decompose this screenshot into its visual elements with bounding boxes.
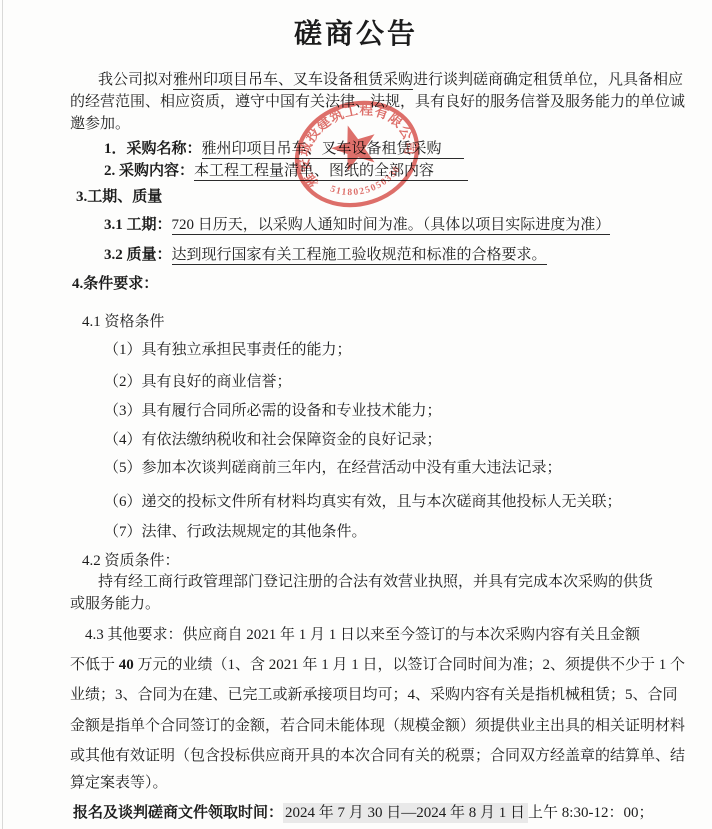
condition-4: （4）有依法缴纳税收和社会保障资金的良好记录；: [104, 430, 442, 451]
section43-line4: 金额是指单个合同签订的金额，若合同未能体现（规模金额）须提供业主出具的相关证明材…: [70, 716, 685, 737]
section43-line5: 或其他有效证明（包含投标供应商开具的本次合同有关的税票；合同双方经盖章的结算单、…: [70, 746, 685, 767]
intro-paragraph-line2: 的经营范围、相应资质，遵守中国有关法律、法规，具有良好的服务信誉及服务能力的单位…: [70, 92, 685, 113]
item31-value: 720 日历天，以采购人通知时间为准。（具体以项目实际进度为准）: [172, 217, 611, 235]
registration-date-range-highlighted: 2024 年 7 月 30 日—2024 年 8 月 1 日: [283, 803, 528, 823]
section43-line6: 算定案表等）。: [70, 773, 168, 794]
scanned-document-page: 磋商公告 我公司拟对雅州印项目吊车、叉车设备租赁采购进行谈判磋商确定租赁单位，凡…: [0, 0, 712, 829]
section43-line3: 业绩；3、合同为在建、已完工或新承接项目均可；4、采购内容有关是指机械租赁；5、…: [70, 685, 678, 706]
condition-2: （2）具有良好的商业信誉；: [104, 372, 292, 393]
section42-line2: 或服务能力。: [70, 594, 160, 615]
qualification-heading: 4.1 资格条件: [82, 312, 165, 333]
registration-time-label: 报名及谈判磋商文件领取时间：: [73, 805, 283, 821]
section42-heading: 4.2 资质条件：: [82, 551, 180, 572]
section43-line1: 4.3 其他要求：供应商自 2021 年 1 月 1 日以来至今签订的与本次采购…: [85, 625, 640, 646]
intro-text-post: 进行谈判磋商确定租赁单位，凡具备相应: [413, 72, 683, 88]
registration-time-suffix: 上午 8:30-12：00；: [528, 805, 653, 821]
item-quality: 3.2 质量：达到现行国家有关工程施工验收规范和标准的合格要求。: [104, 245, 547, 266]
s43-l2-post: 万元的业绩（1、含 2021 年 1 月 1 日，以签订合同时间为准；2、须提供…: [134, 657, 685, 673]
s43-l2-amount: 40: [119, 657, 134, 673]
intro-paragraph-line3: 邀参加。: [70, 114, 130, 135]
condition-7: （7）法律、行政法规规定的其他条件。: [104, 522, 367, 543]
item-procurement-content: 2. 采购内容：本工程工程量清单、图纸的全部内容: [104, 161, 468, 182]
condition-3: （3）具有履行合同所必需的设备和专业技术能力；: [104, 401, 442, 422]
item1-value: 雅州印项目吊车、叉车设备租赁采购: [202, 141, 464, 159]
condition-5: （5）参加本次谈判磋商前三年内，在经营活动中没有重大违法记录；: [104, 458, 562, 479]
item32-label: 3.2 质量：: [104, 247, 172, 263]
item-schedule-quality-heading: 3.工期、质量: [76, 187, 162, 208]
section43-line2: 不低于 40 万元的业绩（1、含 2021 年 1 月 1 日，以签订合同时间为…: [70, 655, 685, 676]
item-duration: 3.1 工期：720 日历天，以采购人通知时间为准。（具体以项目实际进度为准）: [104, 215, 610, 236]
section42-line1: 持有经工商行政管理部门登记注册的合法有效营业执照，并具有完成本次采购的供货: [98, 572, 653, 593]
item1-label: 1．采购名称：: [104, 141, 202, 157]
item32-value: 达到现行国家有关工程施工验收规范和标准的合格要求。: [172, 247, 547, 265]
scan-edge-line: [2, 0, 3, 829]
document-title: 磋商公告: [0, 12, 712, 52]
item31-label: 3.1 工期：: [104, 217, 172, 233]
condition-1: （1）具有独立承担民事责任的能力；: [104, 340, 352, 361]
s43-l2-pre: 不低于: [70, 657, 119, 673]
intro-text-pre: 我公司拟对: [98, 72, 173, 88]
intro-paragraph-line1: 我公司拟对雅州印项目吊车、叉车设备租赁采购进行谈判磋商确定租赁单位，凡具备相应: [98, 70, 683, 91]
condition-6: （6）递交的投标文件所有材料均真实有效，且与本次磋商其他投标人无关联；: [104, 492, 622, 513]
item-procurement-name: 1．采购名称：雅州印项目吊车、叉车设备租赁采购: [104, 139, 464, 160]
registration-time-line: 报名及谈判磋商文件领取时间：2024 年 7 月 30 日—2024 年 8 月…: [73, 803, 653, 824]
item2-label: 2. 采购内容：: [104, 163, 194, 179]
item-requirements-heading: 4.条件要求：: [72, 274, 158, 295]
project-name-underlined: 雅州印项目吊车、叉车设备租赁采购: [173, 72, 413, 90]
item2-value: 本工程工程量清单、图纸的全部内容: [194, 163, 468, 181]
